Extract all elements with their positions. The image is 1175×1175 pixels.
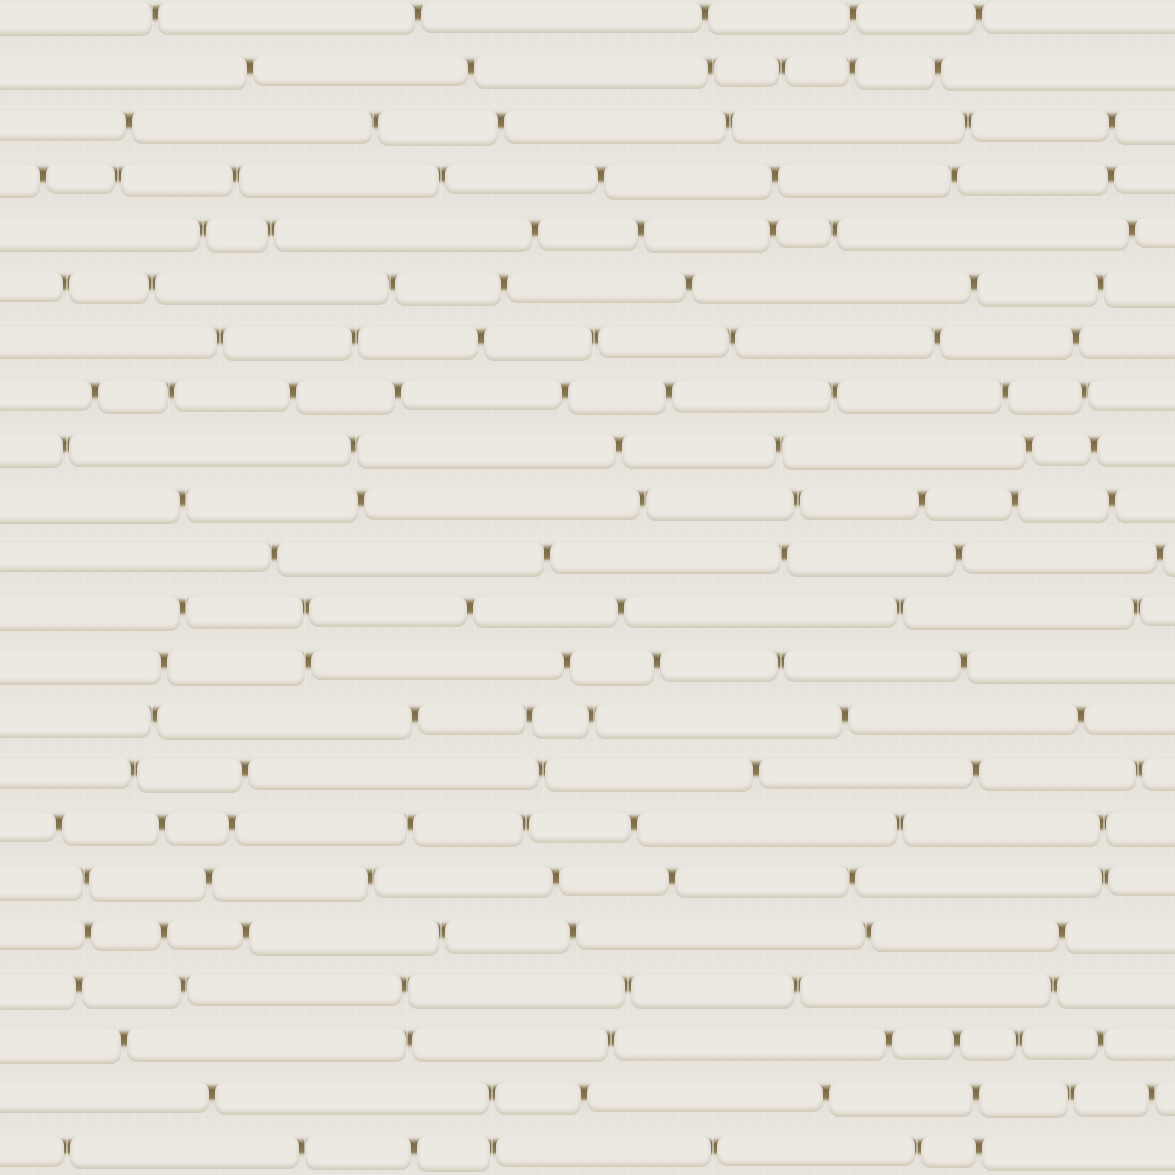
yarn-float	[855, 866, 1102, 898]
yarn-float	[1074, 1082, 1150, 1117]
yarn-float	[717, 1136, 915, 1166]
yarn-float	[408, 974, 624, 1009]
yarn-float	[622, 434, 776, 469]
yarn-float	[1084, 704, 1175, 735]
yarn-float	[855, 56, 935, 90]
yarn-float	[960, 1028, 1016, 1061]
yarn-float	[979, 1082, 1067, 1118]
yarn-float	[69, 272, 148, 304]
yarn-float	[708, 2, 851, 35]
yarn-float	[1097, 434, 1175, 467]
yarn-float	[364, 488, 640, 520]
yarn-float	[0, 866, 83, 901]
yarn-float	[967, 650, 1175, 684]
yarn-float	[0, 650, 161, 685]
yarn-float	[311, 650, 564, 680]
yarn-float	[167, 920, 244, 950]
yarn-float	[121, 164, 233, 197]
yarn-float	[212, 866, 369, 902]
yarn-float	[357, 434, 616, 469]
yarn-float	[0, 974, 76, 1010]
yarn-float	[507, 272, 686, 303]
yarn-float	[445, 164, 598, 194]
yarn-float	[0, 542, 271, 572]
yarn-float	[1022, 1028, 1098, 1060]
yarn-float	[158, 2, 416, 35]
yarn-float	[829, 1082, 974, 1117]
yarn-float	[837, 218, 1130, 251]
yarn-float	[550, 542, 781, 574]
yarn-float	[445, 920, 570, 954]
yarn-float	[921, 1136, 976, 1168]
yarn-float	[504, 110, 726, 144]
yarn-float	[570, 650, 654, 686]
yarn-float	[1163, 542, 1175, 577]
yarn-float	[782, 434, 1026, 470]
yarn-float	[239, 164, 439, 198]
yarn-float	[940, 326, 1072, 360]
yarn-float	[89, 866, 206, 902]
yarn-float	[545, 758, 753, 792]
yarn-float	[856, 2, 976, 35]
yarn-float	[892, 1028, 954, 1060]
yarn-float	[0, 218, 200, 252]
yarn-float	[167, 650, 305, 686]
yarn-float	[1114, 164, 1175, 194]
yarn-float	[962, 542, 1157, 574]
yarn-float	[174, 380, 290, 412]
yarn-float	[215, 1082, 489, 1115]
yarn-float	[421, 2, 702, 33]
yarn-float	[660, 650, 778, 682]
yarn-float	[1104, 1028, 1175, 1061]
yarn-float	[249, 920, 439, 956]
yarn-float	[62, 812, 159, 846]
yarn-float	[374, 866, 552, 898]
yarn-float	[778, 164, 951, 198]
yarn-float	[1142, 758, 1175, 791]
yarn-float	[1135, 218, 1175, 248]
yarn-float	[69, 434, 351, 467]
yarn-float	[925, 488, 1012, 521]
yarn-float	[473, 596, 618, 628]
yarn-float	[559, 866, 669, 896]
yarn-float	[0, 272, 63, 302]
yarn-float	[714, 56, 779, 87]
yarn-float	[957, 164, 1108, 196]
yarn-float	[0, 434, 63, 468]
yarn-float	[1065, 920, 1175, 954]
yarn-float	[91, 920, 160, 951]
yarn-float	[413, 812, 523, 847]
yarn-float	[982, 1136, 1175, 1171]
yarn-float	[296, 380, 395, 415]
yarn-float	[1018, 488, 1109, 523]
yarn-float	[0, 758, 131, 789]
yarn-float	[253, 56, 468, 86]
yarn-float	[484, 326, 592, 361]
yarn-float	[982, 2, 1175, 34]
yarn-float	[576, 920, 866, 950]
yarn-float	[0, 326, 217, 359]
yarn-float	[624, 596, 897, 628]
yarn-float	[0, 1082, 209, 1113]
yarn-float	[155, 272, 390, 305]
yarn-float	[0, 380, 92, 411]
yarn-float	[165, 812, 229, 846]
yarn-float	[137, 758, 242, 793]
yarn-float	[0, 2, 152, 36]
yarn-float	[157, 704, 412, 740]
yarn-float	[206, 218, 268, 253]
yarn-float	[644, 218, 770, 253]
yarn-float	[395, 272, 500, 306]
yarn-float	[903, 596, 1134, 630]
yarn-float	[1115, 110, 1175, 145]
yarn-float	[735, 326, 934, 359]
yarn-float	[0, 920, 85, 950]
woven-fabric-texture	[0, 0, 1175, 1175]
yarn-float	[1106, 812, 1175, 847]
yarn-float	[132, 110, 372, 144]
yarn-float	[0, 110, 126, 141]
yarn-float	[401, 380, 562, 410]
yarn-float	[46, 164, 115, 194]
yarn-float	[977, 272, 1098, 307]
yarn-float	[646, 488, 795, 521]
yarn-float	[848, 704, 1078, 735]
yarn-float	[672, 380, 831, 413]
yarn-float	[496, 1136, 712, 1167]
yarn-float	[1115, 488, 1175, 523]
yarn-float	[604, 164, 772, 200]
yarn-float	[1155, 1082, 1175, 1116]
yarn-float	[785, 56, 849, 87]
yarn-float	[418, 704, 526, 735]
yarn-float	[587, 1082, 823, 1112]
yarn-float	[412, 1028, 608, 1062]
yarn-float	[474, 56, 708, 89]
yarn-float	[98, 380, 168, 414]
yarn-float	[776, 218, 830, 248]
yarn-float	[0, 56, 247, 90]
yarn-float	[732, 110, 965, 144]
yarn-float	[0, 1136, 64, 1167]
yarn-float	[187, 974, 403, 1006]
yarn-float	[0, 812, 56, 842]
yarn-float	[1008, 380, 1081, 415]
yarn-float	[378, 110, 498, 146]
yarn-float	[979, 758, 1136, 791]
yarn-float	[186, 596, 303, 629]
yarn-float	[277, 542, 543, 577]
yarn-float	[692, 272, 971, 304]
yarn-float	[787, 542, 956, 577]
yarn-float	[675, 866, 849, 898]
yarn-float	[127, 1028, 407, 1062]
yarn-float	[614, 1028, 886, 1061]
yarn-float	[309, 596, 467, 627]
yarn-float	[235, 812, 407, 846]
yarn-float	[568, 380, 666, 415]
yarn-float	[274, 218, 533, 252]
yarn-float	[637, 812, 898, 847]
yarn-float	[82, 974, 181, 1009]
yarn-float	[495, 1082, 581, 1115]
yarn-float	[70, 1136, 299, 1169]
yarn-float	[1088, 380, 1175, 411]
yarn-float	[1032, 434, 1090, 466]
yarn-float	[903, 812, 1100, 847]
yarn-float	[305, 1136, 412, 1170]
yarn-float	[0, 1028, 121, 1064]
yarn-float	[1108, 866, 1175, 896]
yarn-float	[1140, 596, 1175, 626]
yarn-float	[595, 704, 841, 739]
yarn-float	[358, 326, 477, 360]
yarn-float	[971, 110, 1109, 142]
yarn-float	[1104, 272, 1175, 308]
yarn-float	[784, 650, 962, 682]
yarn-float	[631, 974, 794, 1009]
yarn-float	[941, 56, 1175, 91]
yarn-float	[837, 380, 1002, 414]
yarn-float	[1057, 974, 1175, 1009]
yarn-float	[248, 758, 539, 790]
yarn-float	[1079, 326, 1175, 359]
yarn-float	[0, 164, 40, 198]
yarn-float	[532, 704, 589, 739]
yarn-float	[0, 596, 180, 631]
yarn-float	[223, 326, 353, 361]
yarn-float	[0, 704, 151, 738]
yarn-float	[871, 920, 1059, 952]
yarn-float	[538, 218, 638, 251]
yarn-float	[800, 974, 1051, 1008]
yarn-float	[759, 758, 973, 789]
yarn-float	[800, 488, 918, 520]
yarn-float	[598, 326, 730, 358]
yarn-float	[186, 488, 358, 523]
yarn-float	[0, 488, 180, 524]
yarn-float	[529, 812, 630, 843]
yarn-float	[417, 1136, 490, 1172]
